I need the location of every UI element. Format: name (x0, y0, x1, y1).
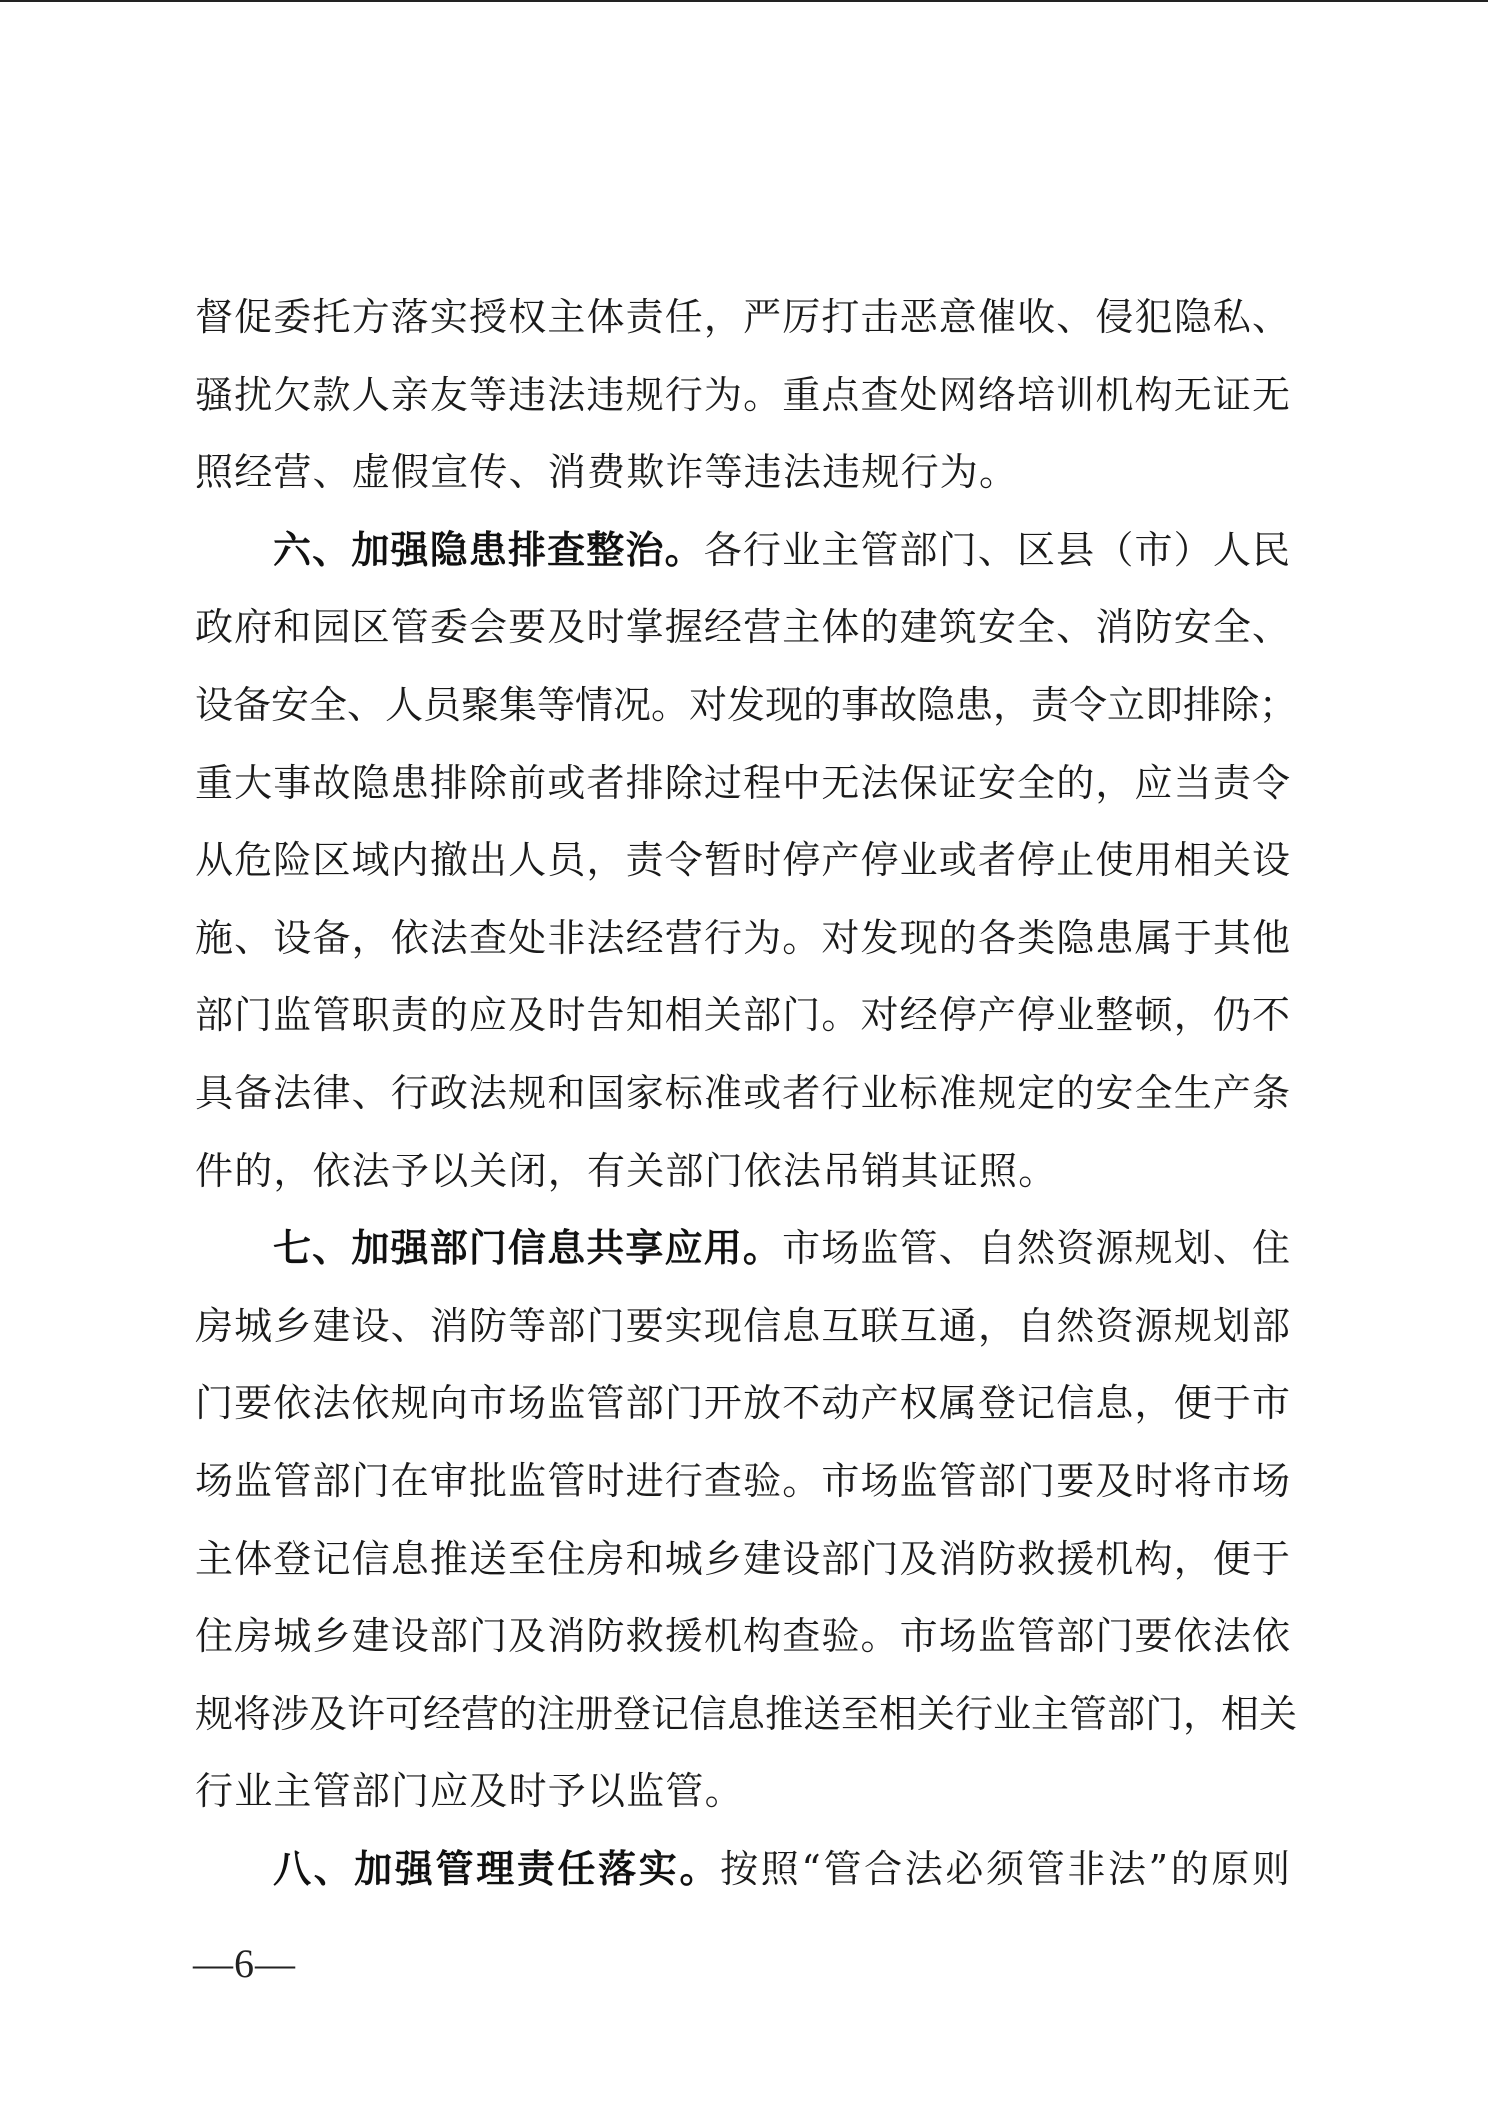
text-line: 房城乡建设、消防等部门要实现信息互联互通，自然资源规划部 (195, 1301, 1290, 1379)
section-first-line: 八、加强管理责任落实。按照“管合法必须管非法”的原则 (195, 1844, 1290, 1922)
text-line: 照经营、虚假宣传、消费欺诈等违法违规行为。 (195, 447, 1290, 525)
text-line: 规将涉及许可经营的注册登记信息推送至相关行业主管部门，相关 (195, 1689, 1290, 1767)
paragraph-continuation: 督促委托方落实授权主体责任，严厉打击恶意催收、侵犯隐私、 骚扰欠款人亲友等违法违… (195, 292, 1290, 525)
section-first-line: 六、加强隐患排查整治。各行业主管部门、区县（市）人民 (195, 525, 1290, 603)
text-line: 主体登记信息推送至住房和城乡建设部门及消防救援机构，便于 (195, 1534, 1290, 1612)
text-run: 按照“管合法必须管非法”的原则 (720, 1847, 1290, 1891)
text-line: 住房城乡建设部门及消防救援机构查验。市场监管部门要依法依 (195, 1611, 1290, 1689)
text-line: 施、设备，依法查处非法经营行为。对发现的各类隐患属于其他 (195, 913, 1290, 991)
text-line: 设备安全、人员聚集等情况。对发现的事故隐患，责令立即排除； (195, 680, 1290, 758)
text-line: 从危险区域内撤出人员，责令暂时停产停业或者停止使用相关设 (195, 835, 1290, 913)
text-run: 市场监管、自然资源规划、住 (782, 1226, 1290, 1270)
text-line: 门要依法依规向市场监管部门开放不动产权属登记信息，便于市 (195, 1378, 1290, 1456)
text-line: 督促委托方落实授权主体责任，严厉打击恶意催收、侵犯隐私、 (195, 292, 1290, 370)
text-line: 具备法律、行政法规和国家标准或者行业标准规定的安全生产条 (195, 1068, 1290, 1146)
page-number: —6— (193, 1940, 296, 1987)
paragraph-section-7: 七、加强部门信息共享应用。市场监管、自然资源规划、住 房城乡建设、消防等部门要实… (195, 1223, 1290, 1844)
text-line: 骚扰欠款人亲友等违法违规行为。重点查处网络培训机构无证无 (195, 370, 1290, 448)
document-body: 督促委托方落实授权主体责任，严厉打击恶意催收、侵犯隐私、 骚扰欠款人亲友等违法违… (195, 292, 1290, 1921)
section-heading: 八、加强管理责任落实。 (273, 1847, 720, 1891)
text-line: 场监管部门在审批监管时进行查验。市场监管部门要及时将市场 (195, 1456, 1290, 1534)
text-line: 重大事故隐患排除前或者排除过程中无法保证安全的，应当责令 (195, 758, 1290, 836)
section-heading: 六、加强隐患排查整治。 (273, 528, 704, 572)
paragraph-section-8: 八、加强管理责任落实。按照“管合法必须管非法”的原则 (195, 1844, 1290, 1922)
top-edge-rule (0, 0, 1488, 2)
text-line: 件的，依法予以关闭，有关部门依法吊销其证照。 (195, 1146, 1290, 1224)
text-line: 政府和园区管委会要及时掌握经营主体的建筑安全、消防安全、 (195, 602, 1290, 680)
text-line: 行业主管部门应及时予以监管。 (195, 1766, 1290, 1844)
section-first-line: 七、加强部门信息共享应用。市场监管、自然资源规划、住 (195, 1223, 1290, 1301)
text-run: 各行业主管部门、区县（市）人民 (704, 528, 1290, 572)
paragraph-section-6: 六、加强隐患排查整治。各行业主管部门、区县（市）人民 政府和园区管委会要及时掌握… (195, 525, 1290, 1223)
text-line: 部门监管职责的应及时告知相关部门。对经停产停业整顿，仍不 (195, 990, 1290, 1068)
section-heading: 七、加强部门信息共享应用。 (273, 1226, 782, 1270)
